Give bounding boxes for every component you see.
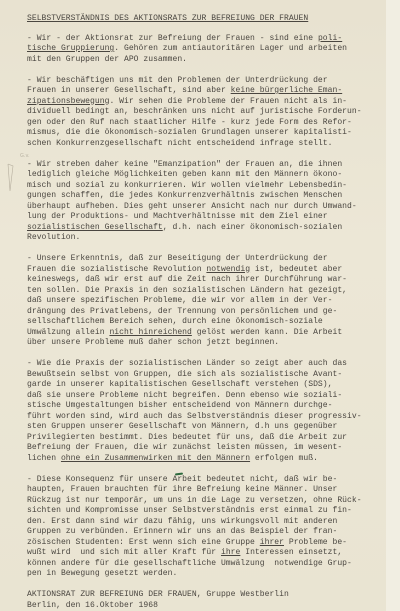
underlined-phrase: ihre	[221, 548, 240, 557]
text-segment: sichten und Kompromisse unser Selbstvers…	[27, 506, 352, 515]
text-line: pen in Bewegung gesetzt werden.	[27, 569, 392, 580]
text-segment: Revolution.	[27, 233, 80, 242]
text-segment: Gruppen zu verbünden. Erinnern wir uns a…	[27, 527, 337, 536]
text-line: dividuell bedingt an, beschränken uns ni…	[27, 107, 392, 118]
text-line: Gruppen zu verbünden. Erinnern wir uns a…	[27, 527, 392, 538]
text-line: Frauen in unserer Gesellschaft, sind abe…	[27, 86, 392, 97]
text-line: den. Erst dann sind wir dazu fähig, uns …	[27, 517, 392, 528]
underlined-phrase: keine bürgerliche Eman-	[231, 86, 343, 95]
text-line: mismus, die die ökonomisch-sozialen Grun…	[27, 128, 392, 139]
text-segment: Umwälzung allein	[27, 328, 109, 337]
document-title: SELBSTVERSTÄNDNIS DES AKTIONSRATS ZUR BE…	[27, 14, 392, 25]
underlined-phrase: ohne ein Zusammenwirken mit den Männern	[61, 454, 250, 463]
text-segment: Privilegierten bestimmt. Dies bedeutet f…	[27, 433, 347, 442]
text-line: führt worden sind, wird auch das Selbstv…	[27, 412, 392, 423]
text-segment: daß unsere spezifischen Probleme, die wi…	[27, 296, 332, 305]
text-segment: Interessen einsetzt,	[240, 548, 342, 557]
text-line: daß sie unsere Probleme nicht begreifen.…	[27, 391, 392, 402]
text-line: tische Gruppierung. Gehören zum antiauto…	[27, 44, 392, 55]
text-segment: lediglich gleiche Möglichkeiten geben ka…	[27, 170, 342, 179]
text-line: wußt wird und sich mit aller Kraft für i…	[27, 548, 392, 559]
text-line: zösischen Studenten: Erst wenn sich eine…	[27, 538, 392, 549]
text-line: haupten, Frauen brauchten für ihre Befre…	[27, 485, 392, 496]
text-segment: Bewußtsein selbst von Gruppen, die sich …	[27, 370, 342, 379]
text-segment: überhaupt aufheben. Dies geht unserer An…	[27, 202, 357, 211]
signature-organization: AKTIONSRAT ZUR BEFREIUNG DER FRAUEN, Gru…	[27, 590, 392, 601]
text-segment: daß sie unsere Probleme nicht begreifen.…	[27, 391, 342, 400]
text-segment: Frauen in unserer Gesellschaft, sind abe…	[27, 86, 231, 95]
text-segment: mit den Gruppen der APO zusammen.	[27, 55, 187, 64]
text-line: Privilegierten bestimmt. Dies bedeutet f…	[27, 433, 392, 444]
text-segment: erfolgen muß.	[250, 454, 318, 463]
text-line: garde in unserer kapitalistischen Gesell…	[27, 380, 392, 391]
text-segment: gungen schaffen, die jedes Konkurrenzver…	[27, 191, 342, 200]
text-line: - Wir streben daher keine "Emanzipation"…	[27, 160, 392, 171]
underlined-phrase: zipationsbewegung	[27, 97, 109, 106]
text-line: drängung des Privatlebens, der Trennung …	[27, 307, 392, 318]
text-segment: drängung des Privatlebens, der Trennung …	[27, 307, 337, 316]
text-line: mit den Gruppen der APO zusammen.	[27, 55, 392, 66]
text-segment: schen Konkurrenzgesellschaft nicht entsc…	[27, 139, 332, 148]
text-line: gen oder den Ruf nach staatlicher Hilfe …	[27, 118, 392, 129]
text-line: - Diese Konsequenz für unsere Arbeit bed…	[27, 475, 392, 486]
text-line: lichen ohne ein Zusammenwirken mit den M…	[27, 454, 392, 465]
text-segment: - Unsere Erkenntnis, daß zur Beseitigung…	[27, 254, 328, 263]
text-segment: gelöst werden kann. Die Arbeit	[192, 328, 342, 337]
text-segment: Befreiung der Frauen, die wir zunächst l…	[27, 443, 342, 452]
text-segment: gen oder den Ruf nach staatlicher Hilfe …	[27, 118, 352, 127]
text-segment: keineswegs, daß wir erst auf die Zeit na…	[27, 275, 347, 284]
text-segment: mismus, die die ökonomisch-sozialen Grun…	[27, 128, 352, 137]
text-line: ten sollen. Die Praxis in den sozialisti…	[27, 286, 392, 297]
text-segment: garde in unserer kapitalistischen Gesell…	[27, 380, 332, 389]
text-segment: . Gehören zum antiautoritären Lager und …	[114, 44, 347, 53]
text-line: zipationsbewegung. Wir sehen die Problem…	[27, 97, 392, 108]
text-segment: misch und sozial zu konkurrieren. Wir wo…	[27, 181, 347, 190]
pencil-margin-mark	[7, 163, 15, 193]
text-line: - Wie die Praxis der sozialistischen Län…	[27, 359, 392, 370]
text-segment: zösischen Studenten: Erst wenn sich eine…	[27, 538, 260, 547]
underlined-phrase: notwendig	[206, 265, 250, 274]
text-segment: ten sollen. Die Praxis in den sozialisti…	[27, 286, 347, 295]
text-segment: sellschaftlichem Bereich sehen, durch ei…	[27, 317, 323, 326]
paragraph: - Wir - der Aktionsrat zur Befreiung der…	[27, 34, 392, 66]
paragraph: - Wir beschäftigen uns mit den Problemen…	[27, 76, 392, 150]
underlined-phrase: poli-	[318, 34, 342, 43]
text-line: Befreiung der Frauen, die wir zunächst l…	[27, 443, 392, 454]
text-line: Bewußtsein selbst von Gruppen, die sich …	[27, 370, 392, 381]
text-segment: Rückzug ist nur temporär, um uns in die …	[27, 496, 362, 505]
text-line: lediglich gleiche Möglichkeiten geben ka…	[27, 170, 392, 181]
text-line: misch und sozial zu konkurrieren. Wir wo…	[27, 181, 392, 192]
signature-block: AKTIONSRAT ZUR BEFREIUNG DER FRAUEN, Gru…	[27, 590, 392, 611]
text-line: Frauen die sozialistische Revolution not…	[27, 265, 392, 276]
document-body: - Wir - der Aktionsrat zur Befreiung der…	[27, 34, 392, 580]
text-segment: - Wie die Praxis der sozialistischen Län…	[27, 359, 347, 368]
text-line: daß unsere spezifischen Probleme, die wi…	[27, 296, 392, 307]
text-line: sichten und Kompromisse unser Selbstvers…	[27, 506, 392, 517]
text-line: sozialistischen Gesellschaft, d.h. nach …	[27, 223, 392, 234]
paragraph: - Diese Konsequenz für unsere Arbeit bed…	[27, 475, 392, 580]
text-segment: sten Gruppen unserer Gesellschaft von Mä…	[27, 422, 337, 431]
text-segment: lichen	[27, 454, 61, 463]
underlined-phrase: sozialistischen Gesellschaft	[27, 223, 163, 232]
text-segment: können andere für die gesellschaftliche …	[27, 559, 352, 568]
text-line: Revolution.	[27, 233, 392, 244]
text-line: lung der Produktions- und Machtverhältni…	[27, 212, 392, 223]
text-segment: Probleme be-	[284, 538, 347, 547]
text-line: überhaupt aufheben. Dies geht unserer An…	[27, 202, 392, 213]
underlined-phrase: nicht hinreichend	[109, 328, 191, 337]
text-line: über unsere Probleme muß daher schon jet…	[27, 338, 392, 349]
text-segment: - Wir beschäftigen uns mit den Problemen…	[27, 76, 328, 85]
text-line: können andere für die gesellschaftliche …	[27, 559, 392, 570]
paragraph: - Wie die Praxis der sozialistischen Län…	[27, 359, 392, 464]
text-segment: Frauen die sozialistische Revolution	[27, 265, 206, 274]
text-segment: haupten, Frauen brauchten für ihre Befre…	[27, 485, 337, 494]
text-segment: - Wir - der Aktionsrat zur Befreiung der…	[27, 34, 318, 43]
text-segment: dividuell bedingt an, beschränken uns ni…	[27, 107, 362, 116]
underlined-phrase: tische Gruppierung	[27, 44, 114, 53]
text-segment: ist, bedeutet aber	[250, 265, 342, 274]
text-line: - Wir beschäftigen uns mit den Problemen…	[27, 76, 392, 87]
paragraph: - Unsere Erkenntnis, daß zur Beseitigung…	[27, 254, 392, 349]
text-line: stische Umgestaltungen bisher entscheide…	[27, 401, 392, 412]
text-line: - Wir - der Aktionsrat zur Befreiung der…	[27, 34, 392, 45]
signature-place-date: Berlin, den 16.Oktober 1968	[27, 601, 392, 611]
text-segment: führt worden sind, wird auch das Selbstv…	[27, 412, 362, 421]
text-line: schen Konkurrenzgesellschaft nicht entsc…	[27, 139, 392, 150]
typed-document: SELBSTVERSTÄNDNIS DES AKTIONSRATS ZUR BE…	[27, 14, 392, 611]
text-segment: - Wir streben daher keine "Emanzipation"…	[27, 160, 342, 169]
text-line: Umwälzung allein nicht hinreichend gelös…	[27, 328, 392, 339]
text-segment: - Diese Konsequenz für unsere Arbeit bed…	[27, 475, 337, 484]
text-segment: wußt wird und sich mit aller Kraft für	[27, 548, 221, 557]
text-line: gungen schaffen, die jedes Konkurrenzver…	[27, 191, 392, 202]
underlined-phrase: ihrer	[260, 538, 284, 547]
text-line: Rückzug ist nur temporär, um uns in die …	[27, 496, 392, 507]
text-segment: , d.h. nach einer ökonomisch-sozialen	[163, 223, 342, 232]
text-line: keineswegs, daß wir erst auf die Zeit na…	[27, 275, 392, 286]
text-segment: . Wir sehen die Probleme der Frauen nich…	[109, 97, 347, 106]
text-segment: stische Umgestaltungen bisher entscheide…	[27, 401, 332, 410]
text-segment: lung der Produktions- und Machtverhältni…	[27, 212, 328, 221]
text-line: sten Gruppen unserer Gesellschaft von Mä…	[27, 422, 392, 433]
paragraph: - Wir streben daher keine "Emanzipation"…	[27, 160, 392, 244]
text-line: sellschaftlichem Bereich sehen, durch ei…	[27, 317, 392, 328]
text-segment: den. Erst dann sind wir dazu fähig, uns …	[27, 517, 337, 526]
text-segment: über unsere Probleme muß daher schon jet…	[27, 338, 279, 347]
text-line: - Unsere Erkenntnis, daß zur Beseitigung…	[27, 254, 392, 265]
text-segment: pen in Bewegung gesetzt werden.	[27, 569, 177, 578]
